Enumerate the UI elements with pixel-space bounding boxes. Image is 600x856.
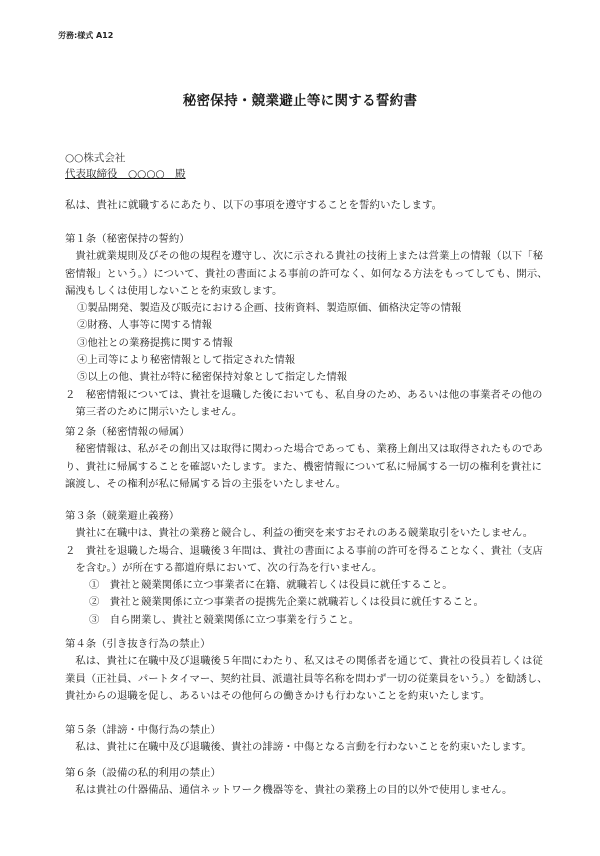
article-line: 譲渡し、その権利が私に帰属する旨の主張をいたしません。 — [65, 476, 550, 493]
article-6: 第６条（設備の私的利用の禁止） 私は貴社の什器備品、通信ネットワーク機器等を、貴… — [65, 765, 550, 800]
article-line: 私は貴社の什器備品、通信ネットワーク機器等を、貴社の業務上の目的以外で使用しませ… — [65, 782, 550, 799]
article-5: 第５条（誹謗・中傷行為の禁止） 私は、貴社に在職中及び退職後、貴社の誹謗・中傷と… — [65, 722, 550, 757]
addressee-representative: 代表取締役 ○○○○ 殿 — [65, 166, 186, 181]
article-line: り、貴社に帰属することを確認いたします。また、機密情報について私に帰属する一切の… — [65, 459, 550, 476]
article-line: 私は、貴社に在職中及び退職後、貴社の誹謗・中傷となる言動を行わないことを約束いた… — [65, 739, 550, 756]
article-4: 第４条（引き抜き行為の禁止） 私は、貴社に在職中及び退職後５年間にわたり、私又は… — [65, 636, 550, 705]
list-item: ④上司等により秘密情報として指定された情報 — [65, 352, 550, 369]
list-item: ③ 自ら開業し、貴社と競業関係に立つ事業を行うこと。 — [65, 612, 550, 629]
form-number: 労務:様式 A12 — [58, 30, 113, 41]
list-item: ⑤以上の他、貴社が特に秘密保持対象として指定した情報 — [65, 369, 550, 386]
document-title: 秘密保持・競業避止等に関する誓約書 — [0, 89, 600, 109]
addressee-company: ○○株式会社 — [65, 150, 125, 165]
article-heading: 第２条（秘密情報の帰属） — [65, 424, 550, 441]
list-item: ①製品開発、製造及び販売における企画、技術資料、製造原価、価格決定等の情報 — [65, 300, 550, 317]
clause-line: ２ 貴社を退職した場合、退職後３年間は、貴社の書面による事前の許可を得ることなく… — [65, 543, 550, 560]
article-heading: 第５条（誹謗・中傷行為の禁止） — [65, 722, 550, 739]
article-line: 密情報」という。）について、貴社の書面による事前の許可なく、如何なる方法をもって… — [65, 266, 550, 283]
article-line: 漏洩もしくは使用しないことを約束致します。 — [65, 283, 550, 300]
list-item: ③他社との業務提携に関する情報 — [65, 335, 550, 352]
list-item: ① 貴社と競業関係に立つ事業者に在籍、就職若しくは役員に就任すること。 — [65, 577, 550, 594]
clause-line: ２ 秘密情報については、貴社を退職した後においても、私自身のため、あるいは他の事… — [65, 387, 550, 404]
article-2: 第２条（秘密情報の帰属） 秘密情報は、私がその創出又は取得に関わった場合であって… — [65, 424, 550, 493]
article-line: 貴社就業規則及びその他の規程を遵守し、次に示される貴社の技術上または営業上の情報… — [65, 248, 550, 265]
article-line: 秘密情報は、私がその創出又は取得に関わった場合であっても、業務上創出又は取得され… — [65, 441, 550, 458]
list-item: ②財務、人事等に関する情報 — [65, 317, 550, 334]
article-heading: 第３条（競業避止義務） — [65, 508, 550, 525]
list-item: ② 貴社と競業関係に立つ事業者の提携先企業に就職若しくは役員に就任すること。 — [65, 594, 550, 611]
article-heading: 第１条（秘密保持の誓約） — [65, 231, 550, 248]
clause-line: を含む。）が所在する都道府県において、次の行為を行いません。 — [65, 560, 550, 577]
article-1: 第１条（秘密保持の誓約） 貴社就業規則及びその他の規程を遵守し、次に示される貴社… — [65, 231, 550, 421]
clause-line: 第三者のために開示いたしません。 — [65, 404, 550, 421]
article-line: 私は、貴社に在職中及び退職後５年間にわたり、私又はその関係者を通じて、貴社の役員… — [65, 653, 550, 670]
article-line: 貴社に在職中は、貴社の業務と競合し、利益の衝突を来すおそれのある競業取引をいたし… — [65, 525, 550, 542]
article-heading: 第６条（設備の私的利用の禁止） — [65, 765, 550, 782]
article-line: 業員（正社員、パートタイマー、契約社員、派遣社員等名称を問わず一切の従業員をいう… — [65, 671, 550, 688]
article-line: 貴社からの退職を促し、あるいはその他何らの働きかけも行わないことを約束いたします… — [65, 688, 550, 705]
article-heading: 第４条（引き抜き行為の禁止） — [65, 636, 550, 653]
article-3: 第３条（競業避止義務） 貴社に在職中は、貴社の業務と競合し、利益の衝突を来すおそ… — [65, 508, 550, 629]
intro-statement: 私は、貴社に就職するにあたり、以下の事項を遵守することを誓約いたします。 — [65, 197, 442, 212]
